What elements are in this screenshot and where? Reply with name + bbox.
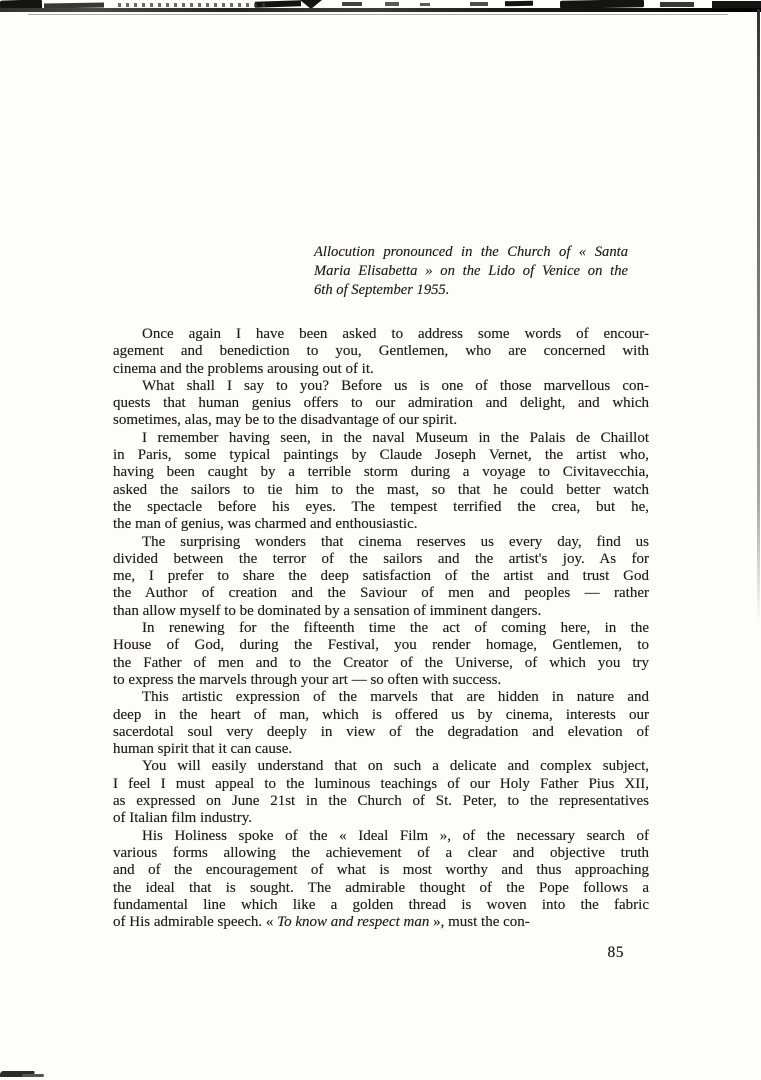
paragraph: The surprising wonders that cinema reser… <box>113 534 649 620</box>
text-line: deep in the heart of man, which is offer… <box>113 707 649 724</box>
text-line: fundamental line which like a golden thr… <box>113 897 649 914</box>
paragraph: His Holiness spoke of the « Ideal Film »… <box>113 828 649 932</box>
text-line: Allocution pronounced in the Church of «… <box>314 243 628 262</box>
text-line: and of the encouragement of what is most… <box>113 862 649 879</box>
text-line: than allow myself to be dominated by a s… <box>113 603 649 620</box>
text-line: the Author of creation and the Saviour o… <box>113 585 649 602</box>
text-line: the man of genius, was charmed and entho… <box>113 516 649 533</box>
text-line: You will easily understand that on such … <box>113 758 649 775</box>
text-line: of Italian film industry. <box>113 810 649 827</box>
text-line: various forms allowing the achievement o… <box>113 845 649 862</box>
text-line: Maria Elisabetta » on the Lido of Venice… <box>314 262 628 281</box>
text-line: This artistic expression of the marvels … <box>113 689 649 706</box>
text-line: sometimes, alas, may be to the disadvant… <box>113 412 649 429</box>
body-text: Once again I have been asked to address … <box>113 326 649 931</box>
scan-rule-faint <box>28 14 728 15</box>
text-line: the ideal that is sought. The admirable … <box>113 880 649 897</box>
text-line: I feel I must appeal to the luminous tea… <box>113 776 649 793</box>
scan-rule <box>0 8 761 12</box>
text-line: Once again I have been asked to address … <box>113 326 649 343</box>
text-line: House of God, during the Festival, you r… <box>113 637 649 654</box>
epigraph: Allocution pronounced in the Church of «… <box>314 243 628 301</box>
text-line: the Father of men and to the Creator of … <box>113 655 649 672</box>
paragraph: In renewing for the fifteenth time the a… <box>113 620 649 689</box>
scan-artifact-top-edge <box>0 0 761 18</box>
text-line: cinema and the problems arousing out of … <box>113 361 649 378</box>
text-line: in Paris, some typical paintings by Clau… <box>113 447 649 464</box>
scan-artifact-right-edge <box>757 9 760 624</box>
text-line: In renewing for the fifteenth time the a… <box>113 620 649 637</box>
paragraph: Once again I have been asked to address … <box>113 326 649 378</box>
text-line: What shall I say to you? Before us is on… <box>113 378 649 395</box>
text-line: His Holiness spoke of the « Ideal Film »… <box>113 828 649 845</box>
text-segment: », must the con- <box>429 914 529 930</box>
text-line: to express the marvels through your art … <box>113 672 649 689</box>
text-line: The surprising wonders that cinema reser… <box>113 534 649 551</box>
text-line: I remember having seen, in the naval Mus… <box>113 430 649 447</box>
paragraph: This artistic expression of the marvels … <box>113 689 649 758</box>
text-line: the spectacle before his eyes. The tempe… <box>113 499 649 516</box>
text-line: as expressed on June 21st in the Church … <box>113 793 649 810</box>
paragraph: You will easily understand that on such … <box>113 758 649 827</box>
scanned-page: Allocution pronounced in the Church of «… <box>0 0 761 1080</box>
paragraph: What shall I say to you? Before us is on… <box>113 378 649 430</box>
text-line: human spirit that it can cause. <box>113 741 649 758</box>
text-line: agement and benediction to you, Gentleme… <box>113 343 649 360</box>
italic-phrase: To know and respect man <box>277 914 429 930</box>
text-line: asked the sailors to tie him to the mast… <box>113 482 649 499</box>
paragraph: I remember having seen, in the naval Mus… <box>113 430 649 534</box>
text-line: 6th of September 1955. <box>314 281 628 300</box>
text-line: quests that human genius offers to our a… <box>113 395 649 412</box>
scan-artifact-bottom-left-tail <box>22 1074 44 1077</box>
text-line: me, I prefer to share the deep satisfact… <box>113 568 649 585</box>
scan-dots <box>118 3 268 7</box>
text-line: sacerdotal soul very deeply in view of t… <box>113 724 649 741</box>
text-segment: of His admirable speech. « <box>113 914 277 930</box>
text-line: having been caught by a terrible storm d… <box>113 464 649 481</box>
text-line: divided between the terror of the sailor… <box>113 551 649 568</box>
page-number: 85 <box>578 944 624 962</box>
text-line: of His admirable speech. « To know and r… <box>113 914 649 931</box>
